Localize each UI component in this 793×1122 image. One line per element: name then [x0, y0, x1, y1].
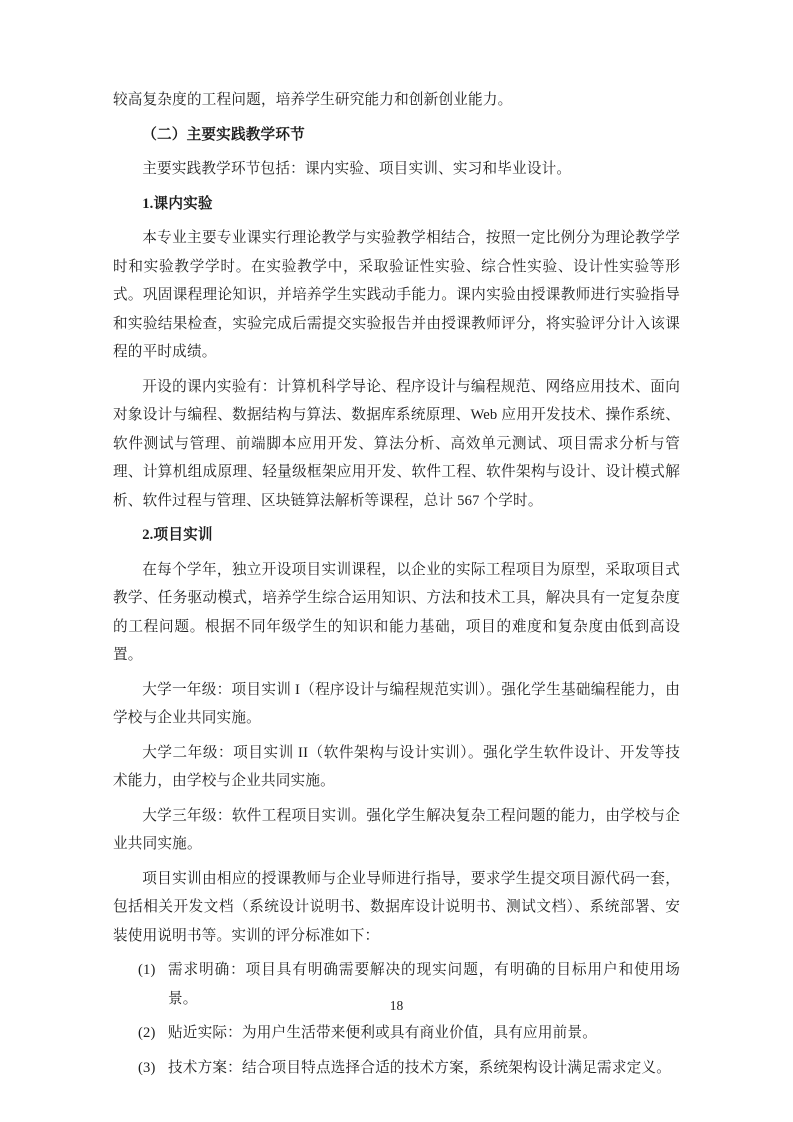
paragraph: 本专业主要专业课实行理论教学与实验教学相结合，按照一定比例分为理论教学学时和实验… — [113, 224, 680, 367]
list-item: (3) 技术方案：结合项目特点选择合适的技术方案，系统架构设计满足需求定义。 — [113, 1054, 680, 1083]
paragraph: 大学一年级：项目实训 I（程序设计与编程规范实训）。强化学生基础编程能力，由学校… — [113, 676, 680, 733]
paragraph-continued: 较高复杂度的工程问题，培养学生研究能力和创新创业能力。 — [113, 86, 680, 115]
subsection-heading-project-training: 2.项目实训 — [113, 521, 680, 550]
document-page: 较高复杂度的工程问题，培养学生研究能力和创新创业能力。 （二）主要实践教学环节 … — [0, 0, 793, 1122]
paragraph: 大学二年级：项目实训 II（软件架构与设计实训）。强化学生软件设计、开发等技术能… — [113, 739, 680, 796]
list-item-text: 贴近实际：为用户生活带来便利或具有商业价值，具有应用前景。 — [168, 1019, 680, 1048]
list-item-marker: (2) — [138, 1019, 168, 1048]
list-item: (2) 贴近实际：为用户生活带来便利或具有商业价值，具有应用前景。 — [113, 1019, 680, 1048]
page-number: 18 — [0, 998, 793, 1014]
document-content: 较高复杂度的工程问题，培养学生研究能力和创新创业能力。 （二）主要实践教学环节 … — [113, 86, 680, 1088]
paragraph: 在每个学年，独立开设项目实训课程，以企业的实际工程项目为原型，采取项目式教学、任… — [113, 556, 680, 670]
paragraph: 开设的课内实验有：计算机科学导论、程序设计与编程规范、网络应用技术、面向对象设计… — [113, 373, 680, 516]
section-heading-practice-teaching: （二）主要实践教学环节 — [113, 121, 680, 150]
subsection-heading-in-class-experiment: 1.课内实验 — [113, 190, 680, 219]
paragraph: 项目实训由相应的授课教师与企业导师进行指导，要求学生提交项目源代码一套，包括相关… — [113, 865, 680, 951]
list-item-text: 技术方案：结合项目特点选择合适的技术方案，系统架构设计满足需求定义。 — [168, 1054, 680, 1083]
paragraph: 主要实践教学环节包括：课内实验、项目实训、实习和毕业设计。 — [113, 155, 680, 184]
list-item-marker: (3) — [138, 1054, 168, 1083]
paragraph: 大学三年级：软件工程项目实训。强化学生解决复杂工程问题的能力，由学校与企业共同实… — [113, 802, 680, 859]
